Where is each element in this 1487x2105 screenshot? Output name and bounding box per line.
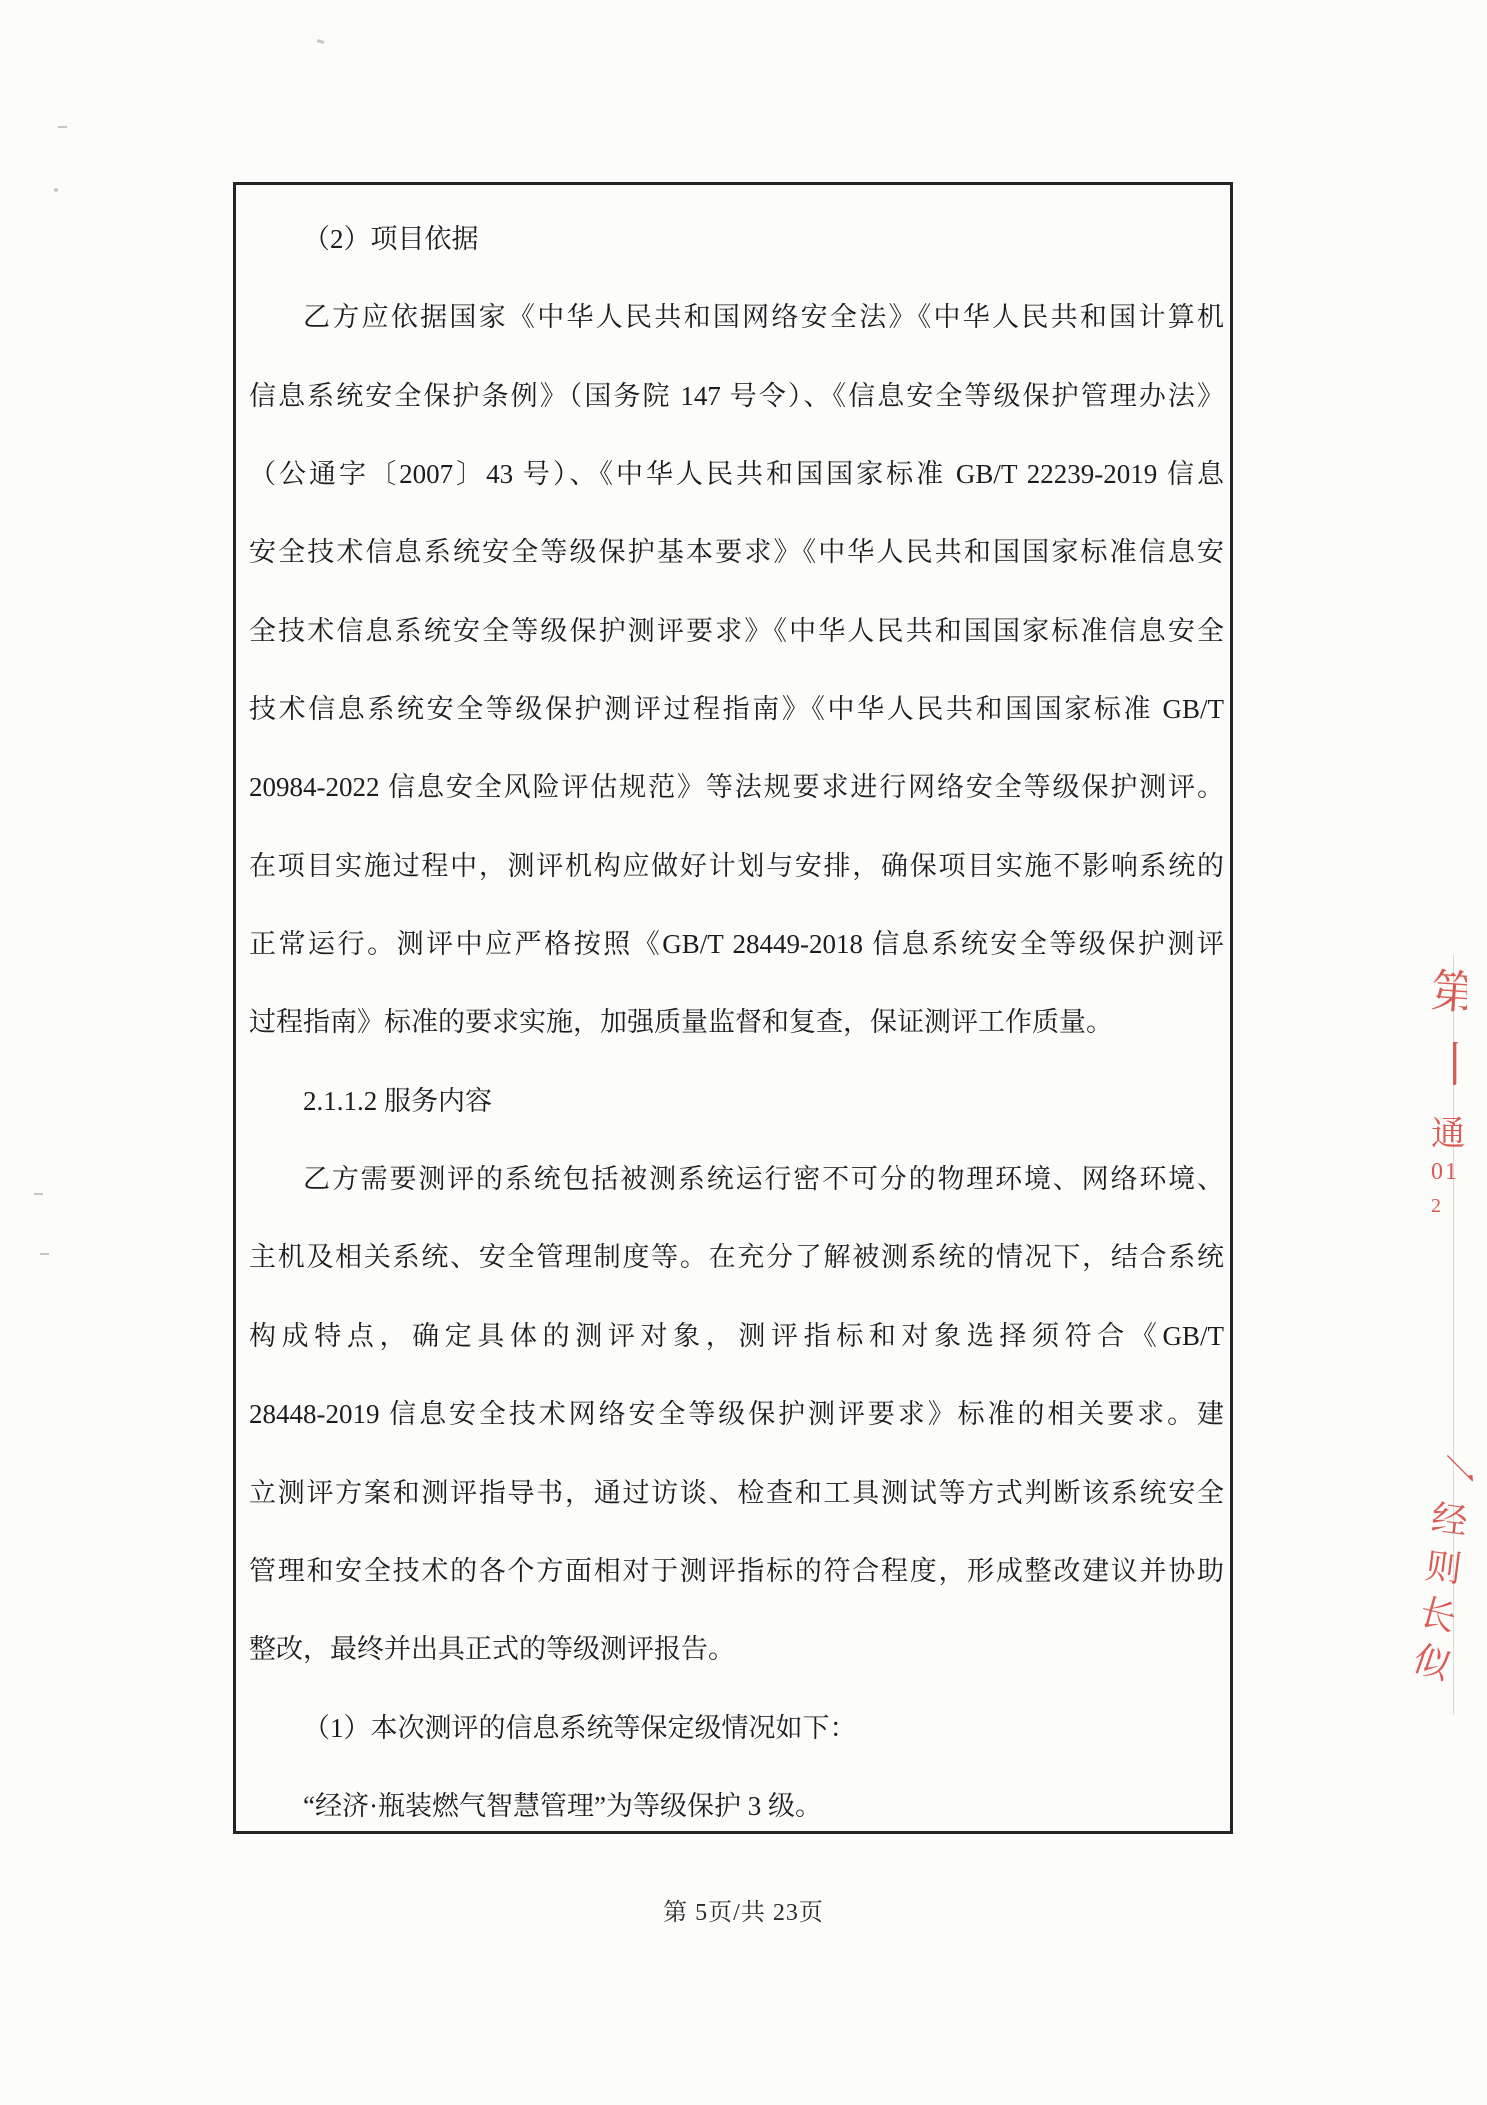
text-line-7: 技术信息系统安全等级保护测评过程指南》《中华人民共和国国家标准 GB/T bbox=[249, 670, 1224, 748]
stamp-char: 01 bbox=[1431, 1160, 1459, 1184]
text-line-13: 乙方需要测评的系统包括被测系统运行密不可分的物理环境、网络环境、 bbox=[249, 1140, 1224, 1218]
text-line-16: 28448-2019 信息安全技术网络安全等级保护测评要求》标准的相关要求。建 bbox=[249, 1375, 1224, 1453]
stamp-char: 经 bbox=[1429, 1500, 1469, 1540]
scanned-document-page: （2）项目依据乙方应依据国家《中华人民共和国网络安全法》《中华人民共和国计算机信… bbox=[0, 0, 1487, 2105]
text-line-12: 2.1.1.2 服务内容 bbox=[249, 1062, 1224, 1140]
stamp-char: 一 bbox=[1429, 1446, 1482, 1499]
text-line-15: 构成特点，确定具体的测评对象，测评指标和对象选择须符合《GB/T bbox=[249, 1297, 1224, 1375]
stamp-char: 长 bbox=[1416, 1593, 1460, 1637]
text-line-20: （1）本次测评的信息系统等保定级情况如下： bbox=[249, 1689, 1224, 1767]
text-line-9: 在项目实施过程中，测评机构应做好计划与安排，确保项目实施不影响系统的 bbox=[249, 827, 1224, 905]
text-line-18: 管理和安全技术的各个方面相对于测评指标的符合程度，形成整改建议并协助 bbox=[249, 1532, 1224, 1610]
text-line-1: （2）项目依据 bbox=[249, 200, 1224, 278]
text-line-17: 立测评方案和测评指导书，通过访谈、检查和工具测试等方式判断该系统安全 bbox=[249, 1454, 1224, 1532]
text-line-6: 全技术信息系统安全等级保护测评要求》《中华人民共和国国家标准信息安全 bbox=[249, 592, 1224, 670]
text-line-21: “经济·瓶装燃气智慧管理”为等级保护 3 级。 bbox=[249, 1767, 1224, 1834]
stamp-char: 似 bbox=[1409, 1640, 1455, 1686]
text-line-14: 主机及相关系统、安全管理制度等。在充分了解被测系统的情况下，结合系统 bbox=[249, 1218, 1224, 1296]
scan-speck bbox=[58, 126, 67, 128]
scan-speck bbox=[40, 1253, 49, 1255]
content-box: （2）项目依据乙方应依据国家《中华人民共和国网络安全法》《中华人民共和国计算机信… bbox=[233, 182, 1233, 1834]
page-footer: 第 5页/共 23页 bbox=[0, 1892, 1487, 1927]
stamp-char: 通 bbox=[1431, 1118, 1465, 1152]
text-line-8: 20984-2022 信息安全风险评估规范》等法规要求进行网络安全等级保护测评。 bbox=[249, 748, 1224, 826]
text-line-11: 过程指南》标准的要求实施，加强质量监督和复查，保证测评工作质量。 bbox=[249, 983, 1224, 1061]
text-line-10: 正常运行。测评中应严格按照《GB/T 28449-2018 信息系统安全等级保护… bbox=[249, 905, 1224, 983]
stamp-char: 则 bbox=[1423, 1548, 1463, 1588]
text-line-2: 乙方应依据国家《中华人民共和国网络安全法》《中华人民共和国计算机 bbox=[249, 278, 1224, 356]
text-line-5: 安全技术信息系统安全等级保护基本要求》《中华人民共和国国家标准信息安 bbox=[249, 513, 1224, 591]
stamp-fragment-lower: 一经则长似 bbox=[1408, 1446, 1482, 1714]
text-line-4: （公通字〔2007〕43 号）、《中华人民共和国国家标准 GB/T 22239-… bbox=[249, 435, 1224, 513]
text-line-19: 整改，最终并出具正式的等级测评报告。 bbox=[249, 1610, 1224, 1688]
stamp-fragment-upper: 第丨通012 bbox=[1431, 966, 1467, 1246]
scan-speck bbox=[54, 188, 58, 192]
text-line-3: 信息系统安全保护条例》（国务院 147 号令）、《信息安全等级保护管理办法》 bbox=[249, 357, 1224, 435]
stamp-char: 第 bbox=[1431, 968, 1467, 1017]
stamp-char: 丨 bbox=[1431, 1042, 1467, 1090]
scan-speck bbox=[317, 39, 325, 44]
scan-speck bbox=[34, 1193, 43, 1195]
stamp-char: 2 bbox=[1431, 1196, 1441, 1216]
